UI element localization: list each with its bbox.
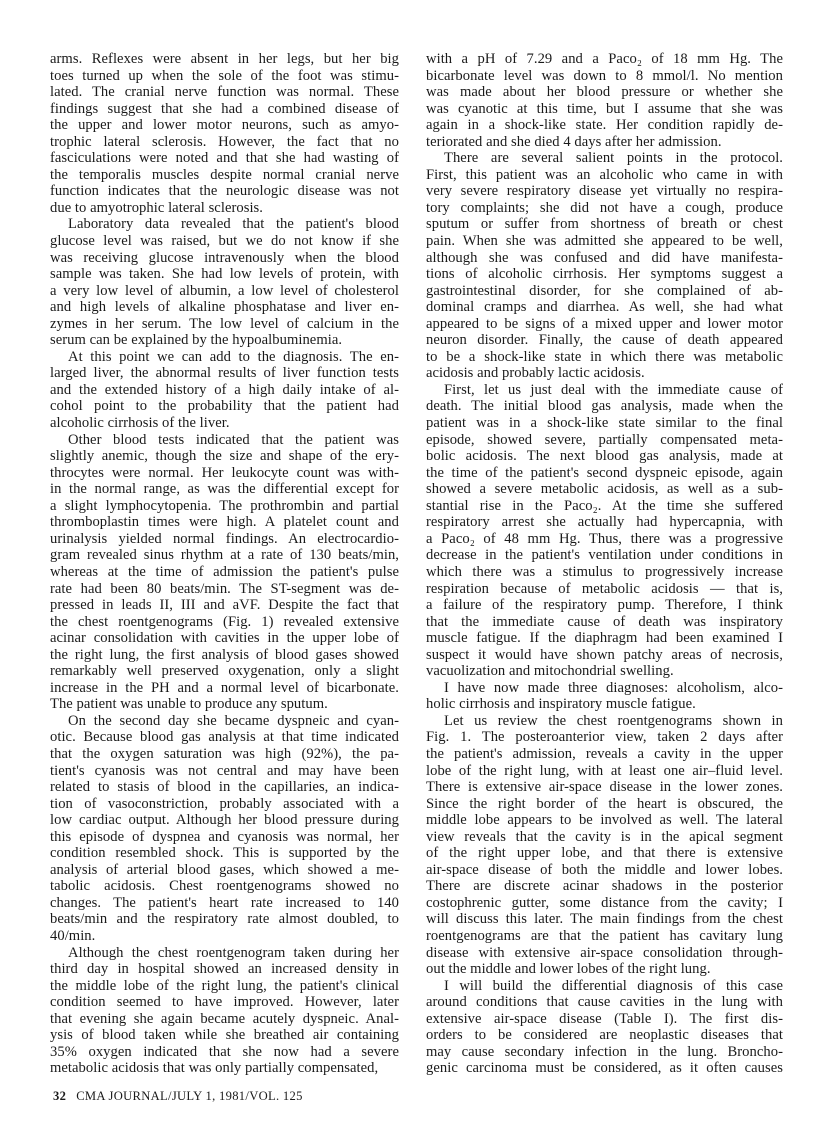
text-line: slightly anemic, though the size and sha… [50,448,399,465]
text-line: the chest roentgenograms (Fig. 1) reveal… [50,614,399,631]
text-line: to be a shock-like state in which there … [426,349,783,366]
text-line: in the normal range, as was the differen… [50,481,399,498]
text-line: gram revealed sinus rhythm at a rate of … [50,547,399,564]
text-line: due to amyotrophic lateral sclerosis. [50,200,399,217]
text-line: may cause secondary infection in the lun… [426,1044,783,1061]
text-line: arms. Reflexes were absent in her legs, … [50,51,399,68]
text-line: respiration because of metabolic acidosi… [426,581,783,598]
text-line: a very low level of albumin, a low level… [50,283,399,300]
text-line: Since the right border of the heart is o… [426,796,783,813]
text-line: Let us review the chest roentgenograms s… [426,713,783,730]
paragraph: Laboratory data revealed that the patien… [50,216,399,348]
text-line: thromboplastin times were high. A platel… [50,514,399,531]
text-line: At this point we can add to the diagnosi… [50,349,399,366]
journal-citation: CMA JOURNAL/JULY 1, 1981/VOL. 125 [76,1089,302,1103]
text-line: was made about her blood pressure or whe… [426,84,783,101]
paragraph: There are several salient points in the … [426,150,783,382]
text-line: air-space disease of both the middle and… [426,862,783,879]
page-number: 32 [53,1089,66,1103]
text-line: 40/min. [50,928,399,945]
text-line: around conditions that cause cavities in… [426,994,783,1011]
text-line: that the oxygen saturation was high (92%… [50,746,399,763]
text-line: There is extensive air-space disease in … [426,779,783,796]
text-line: muscle fatigue. If the diaphragm had bee… [426,630,783,647]
paragraph: Let us review the chest roentgenograms s… [426,713,783,978]
text-line: tory complaints; she did not have a coug… [426,200,783,217]
text-line: respiratory arrest she actually had hype… [426,514,783,531]
text-line: teriorated and she died 4 days after her… [426,134,783,151]
text-line: view reveals that the cavity is in the a… [426,829,783,846]
text-line: showed a severe metabolic acidosis, as w… [426,481,783,498]
paragraph: Although the chest roentgenogram taken d… [50,945,399,1077]
text-line: acidosis and probably lactic acidosis. [426,365,783,382]
text-line: the middle lobe of the right lung, the p… [50,978,399,995]
page-footer: 32CMA JOURNAL/JULY 1, 1981/VOL. 125 [53,1089,303,1104]
text-line: fasciculations were noted and that she h… [50,150,399,167]
text-line: whereas at the time of admission the pat… [50,564,399,581]
paragraph: On the second day she became dyspneic an… [50,713,399,945]
text-line: stantial rise in the Paco₂. At the time … [426,498,783,515]
text-line: was receiving glucose intravenously when… [50,250,399,267]
text-line: The patient was unable to produce any sp… [50,696,399,713]
text-line: trophic lateral sclerosis. However, the … [50,134,399,151]
text-line: tabolic acidosis. Chest roentgenograms s… [50,878,399,895]
text-line: this episode of dyspnea and cyanosis was… [50,829,399,846]
text-line: the right lung, the first analysis of bl… [50,647,399,664]
text-line: function indicates that the neurologic d… [50,183,399,200]
text-line: alcoholic cirrhosis of the liver. [50,415,399,432]
paragraph: At this point we can add to the diagnosi… [50,349,399,432]
text-line: zymes in her serum. The low level of cal… [50,316,399,333]
text-line: tient's cyanosis was not central and may… [50,763,399,780]
text-line: the patient's admission, reveals a cavit… [426,746,783,763]
text-line: a slight lymphocytopenia. The prothrombi… [50,498,399,515]
text-line: larged liver, the abnormal results of li… [50,365,399,382]
text-line: although she was confused and did have m… [426,250,783,267]
text-line: suspect it would have shown patchy areas… [426,647,783,664]
text-line: ysis of blood taken while she breathed a… [50,1027,399,1044]
text-line: a Paco₂ of 48 mm Hg. Thus, there was a p… [426,531,783,548]
text-line: lobe of the right lung, with at least on… [426,763,783,780]
text-line: There are several salient points in the … [426,150,783,167]
paragraph: with a pH of 7.29 and a Paco₂ of 18 mm H… [426,51,783,150]
text-line: of the right upper lobe, and that there … [426,845,783,862]
text-line: will discuss this later. The main findin… [426,911,783,928]
text-line: extensive air-space disease (Table I). T… [426,1011,783,1028]
text-line: patient was in a shock-like state simila… [426,415,783,432]
text-line: bicarbonate level was down to 8 mmol/l. … [426,68,783,85]
text-line: a failure of the respiratory pump. There… [426,597,783,614]
text-line: condition resembled shock. This is suppo… [50,845,399,862]
text-line: metabolic acidosis that was only partial… [50,1060,399,1077]
text-line: again in a shock-like state. Her conditi… [426,117,783,134]
text-line: findings suggest that she had a combined… [50,101,399,118]
text-line: and high levels of alkaline phosphatase … [50,299,399,316]
text-line: otic. Because blood gas analysis at that… [50,729,399,746]
paragraph: Other blood tests indicated that the pat… [50,432,399,713]
text-line: neuron disorder. Finally, the cause of d… [426,332,783,349]
text-line: holic cirrhosis and inspiratory muscle f… [426,696,783,713]
text-line: orders to be considered are neoplastic d… [426,1027,783,1044]
text-line: the temporalis muscles despite normal cr… [50,167,399,184]
text-line: toes turned up when the sole of the foot… [50,68,399,85]
text-line: was cyanotic at this time, but I assume … [426,101,783,118]
text-line: disease with extensive air-space consoli… [426,945,783,962]
text-line: I have now made three diagnoses: alcohol… [426,680,783,697]
text-line: acinar consolidation with cavities in th… [50,630,399,647]
text-line: costophrenic gutter, some distance from … [426,895,783,912]
text-line: urinalysis yielded normal findings. An e… [50,531,399,548]
text-line: low cardiac output. Although her blood p… [50,812,399,829]
text-line: Fig. 1. The posteroanterior view, taken … [426,729,783,746]
text-line: that evening she again became acutely dy… [50,1011,399,1028]
text-line: vacuolization and mitochondrial swelling… [426,663,783,680]
text-line: pain. When she was admitted she appeared… [426,233,783,250]
left-column: arms. Reflexes were absent in her legs, … [50,51,399,1077]
text-line: throcytes were normal. Her leukocyte cou… [50,465,399,482]
text-line: and the extended history of a high daily… [50,382,399,399]
text-line: the time of the patient's second dyspnei… [426,465,783,482]
paragraph: I have now made three diagnoses: alcohol… [426,680,783,713]
text-line: roentgenograms are that the patient has … [426,928,783,945]
text-line: Laboratory data revealed that the patien… [50,216,399,233]
text-line: 35% oxygen indicated that she now had a … [50,1044,399,1061]
text-line: sample was taken. She had low levels of … [50,266,399,283]
text-line: third day in hospital showed an increase… [50,961,399,978]
text-line: cohol point to the probability that the … [50,398,399,415]
text-line: with a pH of 7.29 and a Paco₂ of 18 mm H… [426,51,783,68]
text-line: that the immediate cause of death was in… [426,614,783,631]
text-line: rate had been 80 beats/min. The ST-segme… [50,581,399,598]
text-line: changes. The patient's heart rate increa… [50,895,399,912]
text-line: middle lobe appears to be involved as we… [426,812,783,829]
text-line: gastrointestinal disorder, for she compl… [426,283,783,300]
paragraph: First, let us just deal with the immedia… [426,382,783,680]
text-line: which there was a stimulus to progressiv… [426,564,783,581]
text-line: out the middle and lower lobes of the ri… [426,961,783,978]
text-line: pressed in leads II, III and aVF. Despit… [50,597,399,614]
right-column: with a pH of 7.29 and a Paco₂ of 18 mm H… [426,51,783,1077]
text-line: episode, showed severe, partially compen… [426,432,783,449]
text-line: bolic acidosis. The next blood gas analy… [426,448,783,465]
text-line: tion of vasoconstriction, probably assoc… [50,796,399,813]
text-line: Although the chest roentgenogram taken d… [50,945,399,962]
text-line: remarkably well preserved oxygenation, o… [50,663,399,680]
text-line: analysis of arterial blood gases, which … [50,862,399,879]
text-line: tions of alcoholic cirrhosis. Her sympto… [426,266,783,283]
text-line: genic carcinoma must be considered, as i… [426,1060,783,1077]
text-line: lated. The cranial nerve function was no… [50,84,399,101]
text-line: sputum or suffer from shortness of breat… [426,216,783,233]
text-line: First, let us just deal with the immedia… [426,382,783,399]
text-line: I will build the differential diagnosis … [426,978,783,995]
text-line: Other blood tests indicated that the pat… [50,432,399,449]
text-line: appeared to be signs of a mixed upper an… [426,316,783,333]
text-line: the upper and lower motor neurons, such … [50,117,399,134]
text-line: death. The initial blood gas analysis, m… [426,398,783,415]
text-line: First, this patient was an alcoholic who… [426,167,783,184]
text-line: beats/min and the respiratory rate almos… [50,911,399,928]
text-line: decrease in the patient's ventilation un… [426,547,783,564]
text-line: condition seemed to have improved. Howev… [50,994,399,1011]
text-line: related to stasis of blood in the capill… [50,779,399,796]
text-line: glucose level was raised, but we do not … [50,233,399,250]
text-line: serum can be explained by the hypoalbumi… [50,332,399,349]
text-line: There are discrete acinar shadows in the… [426,878,783,895]
text-line: On the second day she became dyspneic an… [50,713,399,730]
paragraph: I will build the differential diagnosis … [426,978,783,1077]
text-line: very severe respiratory disease yet virt… [426,183,783,200]
text-line: dominal cramps and diarrhea. As well, sh… [426,299,783,316]
paragraph: arms. Reflexes were absent in her legs, … [50,51,399,216]
text-line: increase in the PH and a normal level of… [50,680,399,697]
